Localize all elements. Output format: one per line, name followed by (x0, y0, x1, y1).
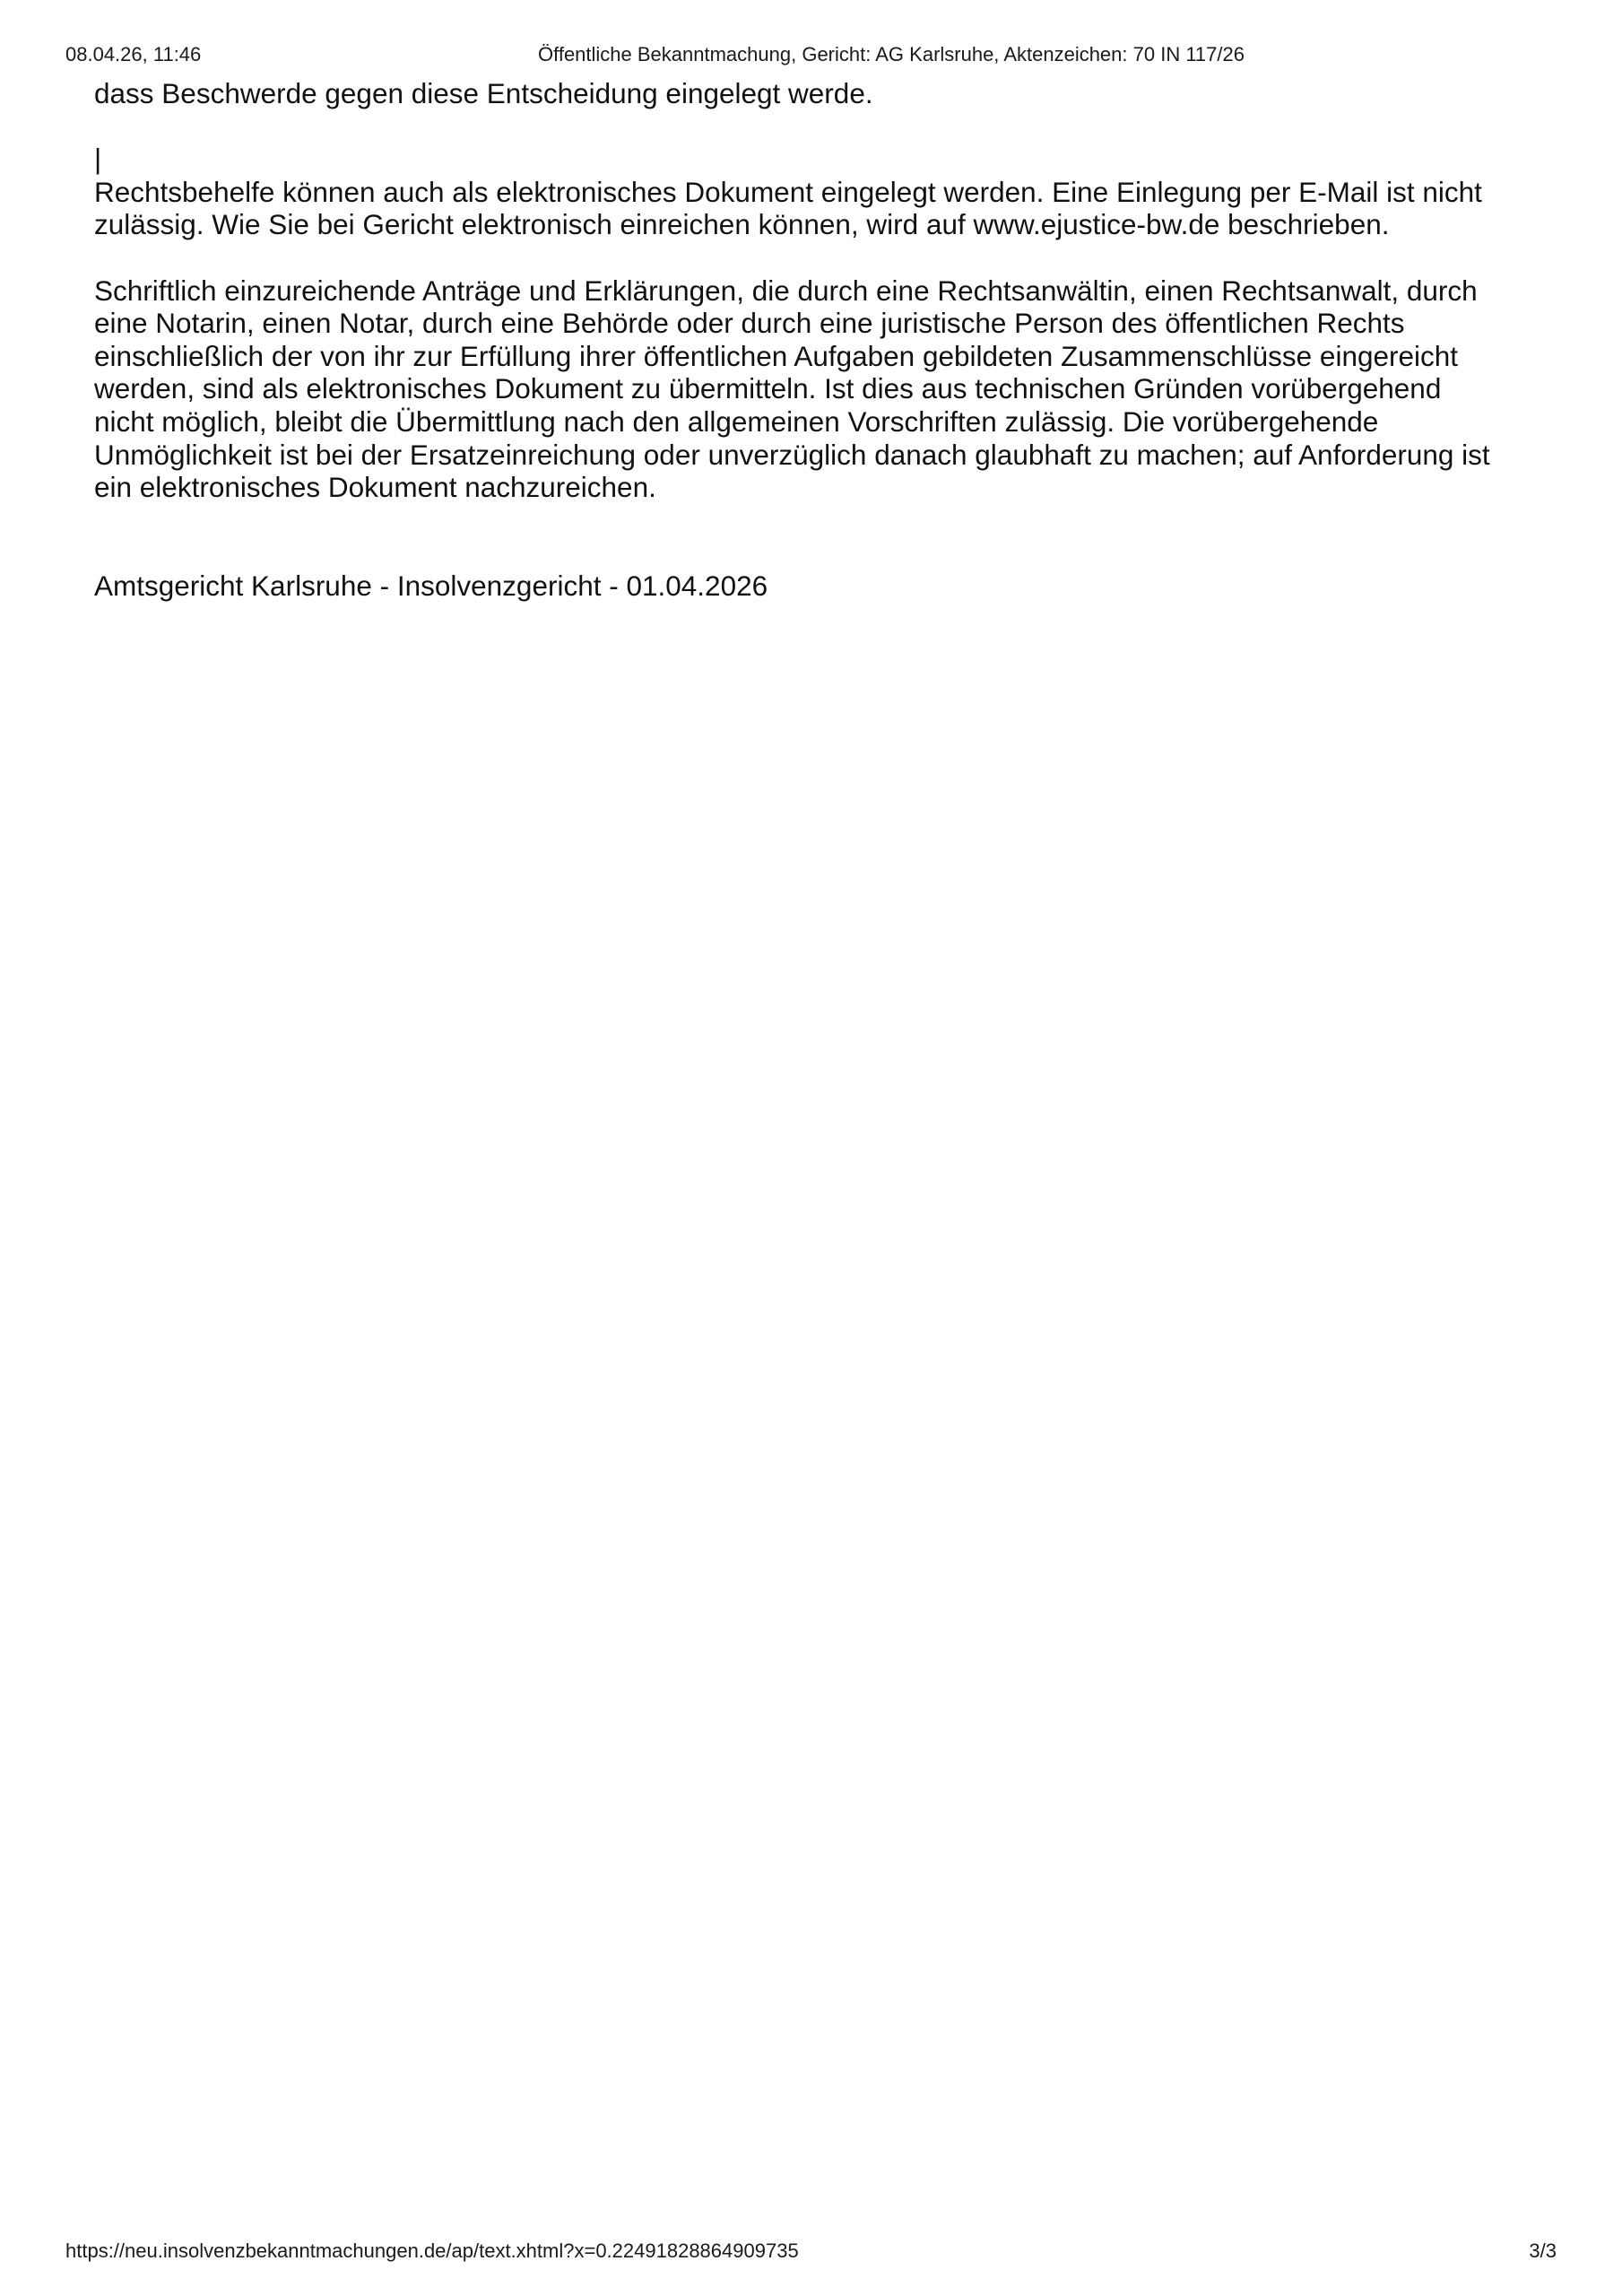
print-footer: https://neu.insolvenzbekanntmachungen.de… (0, 2238, 1622, 2265)
paragraph-spacer (94, 241, 1565, 274)
paragraph-mandatory-electronic: Schriftlich einzureichende Anträge und E… (94, 274, 1565, 504)
paragraph-spacer (94, 110, 1565, 143)
page-indicator: 3/3 (1529, 2238, 1557, 2265)
paragraph-appeal-end: dass Beschwerde gegen diese Entscheidung… (94, 77, 1565, 110)
document-title: Öffentliche Bekanntmachung, Gericht: AG … (538, 41, 1245, 68)
print-header: 08.04.26, 11:46 Öffentliche Bekanntmachu… (0, 41, 1622, 68)
text-cursor-mark: | (94, 143, 1565, 176)
source-url: https://neu.insolvenzbekanntmachungen.de… (65, 2238, 799, 2265)
court-signature: Amtsgericht Karlsruhe - Insolvenzgericht… (94, 570, 1565, 603)
paragraph-electronic-filing: Rechtsbehelfe können auch als elektronis… (94, 176, 1565, 241)
document-body: dass Beschwerde gegen diese Entscheidung… (94, 77, 1565, 602)
paragraph-spacer (94, 504, 1565, 570)
print-datetime: 08.04.26, 11:46 (65, 41, 201, 68)
